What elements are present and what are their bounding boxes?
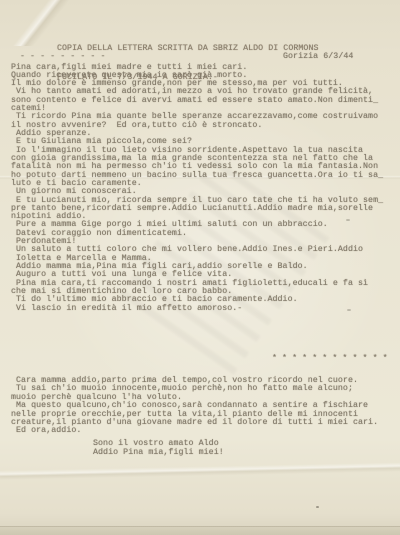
letter-line: Ed ora,addio. [11, 427, 378, 435]
paper-crease-bottom [0, 459, 400, 481]
separator-dashes: - - - - - - - - - [20, 53, 106, 61]
letter-postscript: Cara mamma addio,parto prima del tempo,c… [11, 377, 378, 436]
letter-signature: Sono il vostro amato AldoAddio Pina mia,… [93, 440, 224, 457]
paper-speck [316, 506, 319, 508]
separator-asterisks: * * * * * * * * * * * * [272, 355, 388, 363]
dateline: Gorizia 6/3/44 [283, 53, 353, 61]
letter-page: COPIA DELLA LETTERA SCRITTA DA SBRIZ ALD… [0, 0, 400, 535]
letter-line: Vi lascio in eredità il mio affetto amor… [11, 305, 383, 313]
letter-line: sono contento e felice di avervi amati e… [11, 97, 383, 105]
letter-line: Addio Pina mia,figli miei! [93, 449, 224, 458]
letter-body: Pina cara,figli miei madre e tutti i mie… [11, 64, 383, 313]
paper-bottom-edge [0, 526, 400, 535]
